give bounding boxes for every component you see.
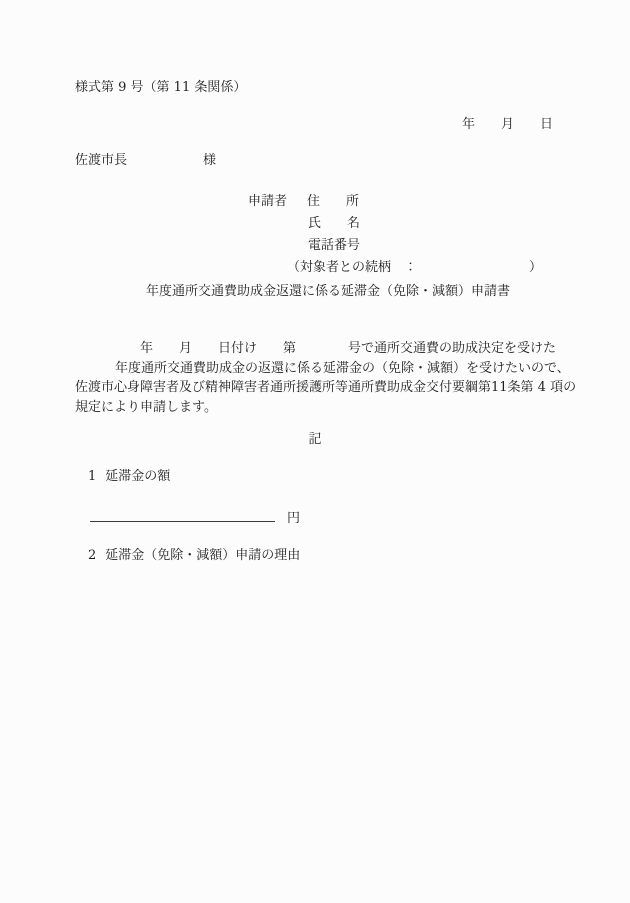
item-2-heading: 2延滞金（免除・減額）申請の理由	[88, 548, 300, 564]
addressee-name: 佐渡市長	[75, 153, 127, 168]
applicant-label: 申請者	[248, 194, 287, 209]
applicant-relation-row: （対象者との続柄 ：）	[248, 257, 542, 279]
addressee-honorific: 様	[203, 153, 216, 168]
item-2-number: 2	[88, 548, 96, 563]
item-2-label: 延滞金（免除・減額）申請の理由	[105, 548, 300, 563]
amount-entry-row: 円	[90, 506, 300, 527]
application-form-page: 様式第 9 号（第 11 条関係） 年 月 日 佐渡市長様 申請者住 所 氏 名…	[0, 0, 630, 903]
form-number: 様式第 9 号（第 11 条関係）	[75, 80, 246, 96]
relation-blank-space	[417, 270, 529, 271]
body-line-2: 年度通所交通費助成金の返還に係る延滞金の（免除・減額）を受けたいので、	[75, 359, 576, 379]
body-line-1: 年 月 日付け 第 号で通所交通費の助成決定を受けた	[75, 339, 576, 359]
applicant-phone-label: 電話番号	[248, 235, 542, 257]
addressee-line: 佐渡市長様	[75, 153, 216, 169]
item-1-heading: 1延滞金の額	[88, 469, 170, 485]
record-marker: 記	[0, 432, 630, 448]
body-line-3: 佐渡市心身障害者及び精神障害者通所援護所等通所費助成金交付要綱第11条第 4 項…	[75, 378, 576, 398]
applicant-name-label: 氏 名	[248, 213, 542, 235]
applicant-address-label: 住 所	[307, 194, 359, 209]
item-1-number: 1	[88, 469, 96, 484]
amount-unit: 円	[287, 511, 300, 526]
body-paragraph: 年 月 日付け 第 号で通所交通費の助成決定を受けた 年度通所交通費助成金の返還…	[75, 339, 576, 417]
amount-blank-line	[90, 506, 275, 522]
applicant-address-row: 申請者住 所	[248, 191, 542, 213]
relation-close-paren: ）	[529, 260, 542, 275]
relation-label: （対象者との続柄 ：	[287, 260, 417, 275]
date-placeholder: 年 月 日	[462, 117, 553, 133]
applicant-block: 申請者住 所 氏 名 電話番号 （対象者との続柄 ：）	[248, 191, 542, 279]
body-line-4: 規定により申請します。	[75, 398, 576, 418]
item-1-label: 延滞金の額	[105, 469, 170, 484]
document-title: 年度通所交通費助成金返還に係る延滞金（免除・減額）申請書	[0, 284, 630, 300]
